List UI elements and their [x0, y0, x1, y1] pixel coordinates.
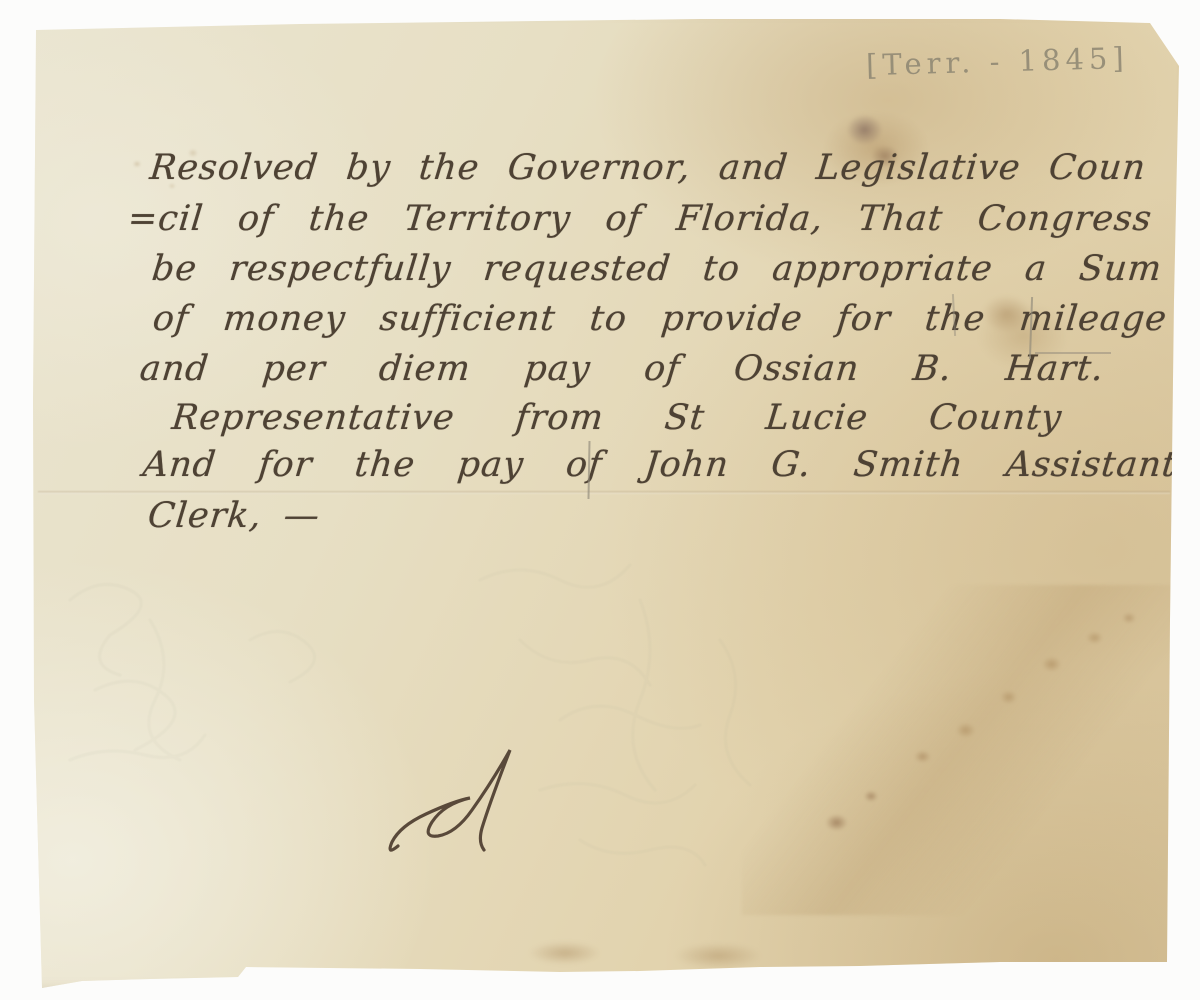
flourish-a-mark	[380, 738, 600, 868]
manuscript-line: Resolved by the Governor, and Legislativ…	[148, 148, 1148, 188]
manuscript-line: be respectfully requested to appropriate…	[150, 249, 1164, 289]
manuscript-page: [Terr. - 1845] Resolved by the Governor,…	[0, 0, 1200, 1000]
manuscript-line: of money sufficient to provide for the m…	[151, 299, 1169, 339]
pencil-underline-mark	[1035, 352, 1111, 354]
manuscript-line: and per diem pay of Ossian B. Hart.	[138, 349, 1106, 389]
manuscript-line: Representative from St Lucie County	[170, 398, 1064, 438]
manuscript-line: =cil of the Territory of Florida, That C…	[126, 199, 1154, 239]
scanned-document: [Terr. - 1845] Resolved by the Governor,…	[0, 0, 1200, 1000]
manuscript-line: Clerk, —	[146, 496, 480, 536]
manuscript-line: And for the pay of John G. Smith Assista…	[141, 445, 1179, 485]
